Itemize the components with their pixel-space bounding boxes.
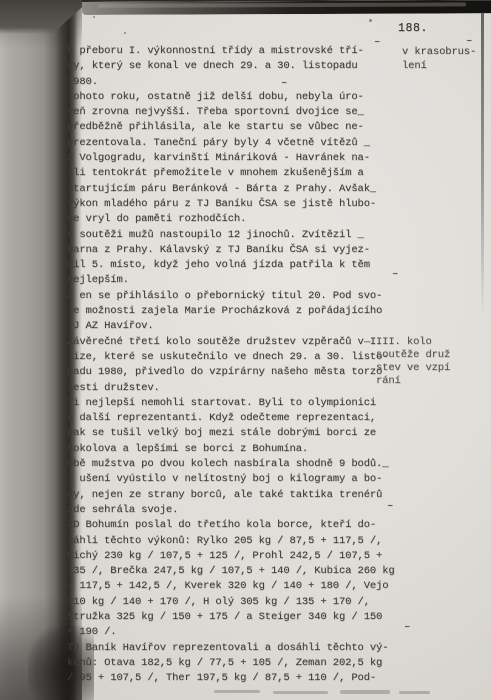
proof-correction-mark: – (281, 78, 287, 88)
proof-correction-mark: – (374, 37, 380, 47)
scanned-document-page: 188. k přeboru I. výkonnostní třídy a mi… (0, 0, 491, 700)
scan-speck (124, 32, 126, 34)
scan-smudge (340, 690, 390, 694)
scan-speck (93, 16, 95, 18)
page-number: 188. (398, 22, 428, 35)
proof-correction-mark: – (392, 269, 398, 279)
proof-correction-mark: – (387, 501, 393, 511)
typewritten-body-text: k přeboru I. výkonnostní třídy a mistrov… (67, 44, 395, 686)
scan-top-edge-band (82, 0, 491, 15)
scan-smudge (273, 691, 328, 694)
proof-correction-mark: – (404, 622, 410, 632)
margin-note-figure-skating: v krasobrus- lení (402, 46, 476, 73)
scan-smudge (214, 690, 260, 693)
margin-note-weightlifting-round: III. kolo soutěže druž stev ve vzpí rání (376, 336, 450, 388)
scan-speck (369, 19, 372, 22)
scan-right-edge-line (481, 12, 484, 317)
scan-smudge (399, 691, 430, 694)
proof-correction-mark: _ (364, 334, 370, 344)
proof-correction-mark: – (466, 36, 472, 46)
